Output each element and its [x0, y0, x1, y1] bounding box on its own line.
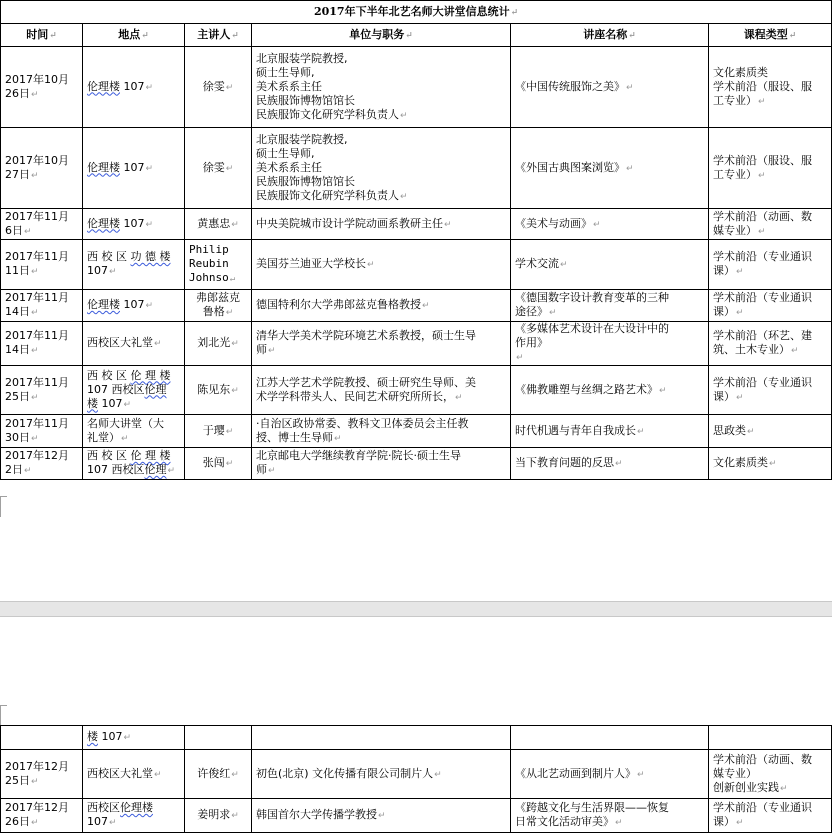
speaker-text: 刘北光	[197, 336, 230, 349]
paragraph-mark-icon: ↵	[31, 267, 39, 277]
paragraph-mark-icon: ↵	[231, 386, 239, 396]
org-text: 德国特利尔大学弗郎兹克鲁格教授	[256, 298, 421, 311]
cell-lecture[interactable]: 《佛教雕塑与丝绸之路艺术》↵	[511, 366, 709, 415]
paragraph-mark-icon: ↵	[560, 260, 568, 270]
cell-lecture[interactable]: 《美术与动画》↵	[511, 209, 709, 240]
date-text: 2017年12月	[5, 760, 78, 774]
cell-date[interactable]: 2017年11月25日↵	[1, 366, 83, 415]
paragraph-mark-icon: ↵	[121, 434, 129, 444]
document-page-2: 楼 107↵2017年12月25日↵西校区大礼堂↵许俊红↵初色(北京) 文化传播…	[0, 617, 832, 834]
cell-place[interactable]: 西 校 区 伦 理 楼107 西校区伦理↵	[83, 448, 185, 480]
place-text: 西 校 区 伦 理 楼	[87, 369, 180, 383]
cell-date[interactable]: 2017年11月11日↵	[1, 240, 83, 290]
paragraph-mark-icon: ↵	[231, 770, 239, 780]
paragraph-mark-icon: ↵	[422, 301, 430, 311]
cell-place[interactable]: 楼 107↵	[83, 726, 185, 750]
paragraph-mark-icon: ↵	[109, 267, 117, 277]
type-text: 学术前沿（服设、服	[713, 154, 827, 168]
cell-type[interactable]: 学术前沿（专业通识课）↵	[709, 799, 832, 833]
speaker-text: Johnso	[189, 271, 229, 284]
cell-speaker[interactable]: 黄惠忠↵	[185, 209, 252, 240]
paragraph-mark-icon: ↵	[31, 171, 39, 181]
cell-org[interactable]: 北京邮电大学继续教育学院·院长·硕士生导师↵	[252, 448, 511, 480]
paragraph-mark-icon: ↵	[31, 434, 39, 444]
cell-org[interactable]: 清华大学美术学院环境艺术系教授，硕士生导师↵	[252, 322, 511, 366]
type-text: 课）	[713, 305, 735, 318]
date-text: 6日	[5, 224, 23, 237]
header-date: 时间↵	[1, 24, 83, 47]
cell-date[interactable]	[1, 726, 83, 750]
type-text: 筑、土木专业）	[713, 343, 790, 356]
cell-date[interactable]: 2017年11月30日↵	[1, 415, 83, 448]
cell-place[interactable]: 西 校 区 伦 理 楼107 西校区伦理楼 107↵	[83, 366, 185, 415]
place-text: 西校区大礼堂	[87, 767, 153, 780]
cell-org[interactable]: ·自治区政协常委、教科文卫体委员会主任教授、博士生导师↵	[252, 415, 511, 448]
table-title: 2017年下半年北艺名师大讲堂信息统计↵	[1, 1, 832, 24]
date-text: 2017年11月	[5, 329, 78, 343]
paragraph-mark-icon: ↵	[168, 466, 176, 476]
paragraph-mark-icon: ↵	[367, 260, 375, 270]
cell-type[interactable]: 学术前沿（专业通识课）↵	[709, 290, 832, 322]
paragraph-mark-icon: ↵	[549, 308, 557, 318]
paragraph-mark-icon: ↵	[615, 459, 623, 469]
date-text: 2日	[5, 463, 23, 476]
paragraph-mark-icon: ↵	[31, 90, 39, 100]
paragraph-mark-icon: ↵	[400, 111, 408, 121]
paragraph-mark-icon: ↵	[24, 227, 32, 237]
paragraph-mark-icon: ↵	[736, 393, 744, 403]
org-text: 北京服装学院教授,	[256, 133, 506, 147]
cell-org[interactable]: 德国特利尔大学弗郎兹克鲁格教授↵	[252, 290, 511, 322]
type-text: 学术前沿（专业通识	[713, 376, 827, 390]
cell-speaker[interactable]: 徐雯↵	[185, 47, 252, 128]
cell-speaker[interactable]: PhilipReubinJohnso↵	[185, 240, 252, 290]
cell-speaker[interactable]: 姜明求↵	[185, 799, 252, 833]
paragraph-mark-icon: ↵	[124, 733, 132, 743]
org-text: 民族服饰文化研究学科负责人	[256, 189, 399, 202]
speaker-text: 徐雯	[203, 80, 225, 93]
cell-place[interactable]: 西校区伦理楼107↵	[83, 799, 185, 833]
type-text: 学术前沿（动画、数	[713, 753, 827, 767]
paragraph-mark	[0, 705, 7, 726]
cell-org[interactable]: 江苏大学艺术学院教授、硕士研究生导师、美术学学科带头人、民间艺术研究所所长，↵	[252, 366, 511, 415]
date-text: 2017年11月	[5, 291, 78, 305]
org-text: 硕士生导师,	[256, 147, 506, 161]
org-text: 民族服饰文化研究学科负责人	[256, 108, 399, 121]
paragraph-mark-icon: ↵	[31, 346, 39, 356]
table-row: 楼 107↵	[1, 726, 832, 750]
paragraph-mark-icon: ↵	[31, 308, 39, 318]
paragraph-mark-icon: ↵	[747, 427, 755, 437]
header-place: 地点↵	[83, 24, 185, 47]
date-text: 2017年12月	[5, 801, 78, 815]
paragraph-mark-icon: ↵	[124, 400, 132, 410]
speaker-text: Philip	[189, 243, 247, 257]
cell-lecture[interactable]: 《从北艺动画到制片人》↵	[511, 750, 709, 799]
cell-speaker[interactable]: 于璎↵	[185, 415, 252, 448]
cell-lecture[interactable]: 当下教育问题的反思↵	[511, 448, 709, 480]
cell-date[interactable]: 2017年11月6日↵	[1, 209, 83, 240]
cell-type[interactable]: 文化素质类学术前沿（服设、服工专业）↵	[709, 47, 832, 128]
table-row: 2017年12月25日↵西校区大礼堂↵许俊红↵初色(北京) 文化传播有限公司制片…	[1, 750, 832, 799]
paragraph-mark-icon: ↵	[226, 427, 234, 437]
type-text: 学术前沿（专业通识	[713, 250, 827, 264]
lecture-text: 《佛教雕塑与丝绸之路艺术》	[515, 383, 658, 396]
lecture-text: 作用》	[515, 336, 704, 350]
table-row: 2017年11月30日↵名师大讲堂（大礼堂）↵于璎↵·自治区政协常委、教科文卫体…	[1, 415, 832, 448]
type-text: 学术前沿（专业通识	[713, 291, 827, 305]
speaker-text: 黄惠忠	[197, 217, 230, 230]
table-row: 2017年11月11日↵西 校 区 功 德 楼107↵PhilipReubinJ…	[1, 240, 832, 290]
cell-org[interactable]: 初色(北京) 文化传播有限公司制片人↵	[252, 750, 511, 799]
place-text: 西 校 区 功 德 楼	[87, 250, 180, 264]
cell-speaker[interactable]: 许俊红↵	[185, 750, 252, 799]
lecture-text: 当下教育问题的反思	[515, 456, 614, 469]
cell-date[interactable]: 2017年11月14日↵	[1, 290, 83, 322]
paragraph-mark-icon: ↵	[146, 220, 154, 230]
place-text: 107	[87, 264, 108, 277]
date-text: 26日	[5, 87, 30, 100]
speaker-text: 徐雯	[203, 161, 225, 174]
paragraph-mark-icon: ↵	[378, 811, 386, 821]
header-org: 单位与职务↵	[252, 24, 511, 47]
place-text: 西校区大礼堂	[87, 336, 153, 349]
cell-date[interactable]: 2017年12月26日↵	[1, 799, 83, 833]
date-text: 14日	[5, 305, 30, 318]
cell-type[interactable]: 学术前沿（动画、数媒专业）↵	[709, 209, 832, 240]
table-row: 2017年12月26日↵西校区伦理楼107↵姜明求↵韩国首尔大学传播学教授↵《跨…	[1, 799, 832, 833]
org-text: 美国芬兰迪亚大学校长	[256, 257, 366, 270]
date-text: 25日	[5, 390, 30, 403]
lecture-table: 2017年下半年北艺名师大讲堂信息统计↵ 时间↵ 地点↵ 主讲人↵ 单位与职务↵…	[0, 0, 832, 480]
paragraph-mark-icon: ↵	[154, 339, 162, 349]
paragraph-mark-icon: ↵	[226, 164, 234, 174]
org-text: 硕士生导师,	[256, 66, 506, 80]
type-text: 工专业）	[713, 168, 757, 181]
speaker-text: 弗郎兹克	[189, 291, 247, 305]
speaker-text: 于璎	[203, 424, 225, 437]
header-speaker: 主讲人↵	[185, 24, 252, 47]
cell-speaker[interactable]: 陈见东↵	[185, 366, 252, 415]
org-text: 术学学科带头人、民间艺术研究所所长，	[256, 390, 454, 403]
paragraph-mark-icon: ↵	[637, 770, 645, 780]
cell-type[interactable]: 学术前沿（动画、数媒专业）创新创业实践↵	[709, 750, 832, 799]
org-text: 江苏大学艺术学院教授、硕士研究生导师、美	[256, 376, 506, 390]
lecture-text: 《中国传统服饰之美》	[515, 80, 625, 93]
type-text: 课）	[713, 815, 735, 828]
org-text: 师	[256, 463, 267, 476]
place-text: 楼 107	[87, 730, 123, 743]
document-page-1: 2017年下半年北艺名师大讲堂信息统计↵ 时间↵ 地点↵ 主讲人↵ 单位与职务↵…	[0, 0, 832, 601]
paragraph-mark-icon: ↵	[226, 83, 234, 93]
type-text: 创新创业实践	[713, 781, 779, 794]
lecture-text: 《跨越文化与生活界限——恢复	[515, 801, 704, 815]
lecture-text: 日常文化活动审美》	[515, 815, 614, 828]
cell-date[interactable]: 2017年10月27日↵	[1, 128, 83, 209]
speaker-text: 张闯	[203, 456, 225, 469]
paragraph-mark-icon: ↵	[400, 192, 408, 202]
date-text: 2017年10月	[5, 154, 78, 168]
speaker-text: Reubin	[189, 257, 247, 271]
speaker-text: 姜明求	[197, 808, 230, 821]
cell-place[interactable]: 伦理楼 107↵	[83, 290, 185, 322]
table-row: 2017年11月14日↵伦理楼 107↵弗郎兹克鲁格↵德国特利尔大学弗郎兹克鲁格…	[1, 290, 832, 322]
paragraph-mark-icon: ↵	[615, 818, 623, 828]
place-text: 西 校 区 伦 理 楼	[87, 449, 180, 463]
cell-speaker[interactable]	[185, 726, 252, 750]
cell-lecture[interactable]: 《德国数字设计教育变革的三种途径》↵	[511, 290, 709, 322]
org-text: 师	[256, 343, 267, 356]
cell-org[interactable]: 美国芬兰迪亚大学校长↵	[252, 240, 511, 290]
paragraph-mark-icon: ↵	[109, 818, 117, 828]
table-row: 2017年11月6日↵伦理楼 107↵黄惠忠↵中央美院城市设计学院动画系教研主任…	[1, 209, 832, 240]
cell-org[interactable]: 韩国首尔大学传播学教授↵	[252, 799, 511, 833]
type-text: 课）	[713, 264, 735, 277]
cell-org[interactable]: 北京服装学院教授,硕士生导师,美术系系主任民族服饰博物馆馆长民族服饰文化研究学科…	[252, 128, 511, 209]
title-text: 2017年下半年北艺名师大讲堂信息统计	[314, 5, 510, 18]
org-text: 授、博士生导师	[256, 431, 333, 444]
table-row: 2017年11月14日↵西校区大礼堂↵刘北光↵清华大学美术学院环境艺术系教授，硕…	[1, 322, 832, 366]
type-text: 工专业）	[713, 94, 757, 107]
cell-type[interactable]: 学术前沿（专业通识课）↵	[709, 240, 832, 290]
paragraph-mark-icon: ↵	[231, 811, 239, 821]
place-text: 礼堂）	[87, 431, 120, 444]
cell-date[interactable]: 2017年11月14日↵	[1, 322, 83, 366]
table-row: 2017年10月27日↵伦理楼 107↵徐雯↵北京服装学院教授,硕士生导师,美术…	[1, 128, 832, 209]
date-text: 2017年12月	[5, 449, 78, 463]
type-text: 文化素质类	[713, 66, 827, 80]
paragraph-mark-icon: ↵	[268, 466, 276, 476]
lecture-text: 《美术与动画》	[515, 217, 592, 230]
cell-place[interactable]: 伦理楼 107↵	[83, 47, 185, 128]
type-text: 文化素质类	[713, 456, 768, 469]
type-text: 学术前沿（专业通识	[713, 801, 827, 815]
cell-lecture[interactable]: 《跨越文化与生活界限——恢复日常文化活动审美》↵	[511, 799, 709, 833]
type-text: 媒专业）	[713, 767, 827, 781]
paragraph-mark-icon: ↵	[736, 308, 744, 318]
type-text: 媒专业）	[713, 224, 757, 237]
place-text: 伦理楼 107	[87, 80, 145, 93]
paragraph-mark-icon: ↵	[154, 770, 162, 780]
lecture-text: 时代机遇与青年自我成长	[515, 424, 636, 437]
type-text: 学术前沿（环艺、建	[713, 329, 827, 343]
date-text: 2017年10月	[5, 73, 78, 87]
cell-date[interactable]: 2017年10月26日↵	[1, 47, 83, 128]
header-type: 课程类型↵	[709, 24, 832, 47]
paragraph-mark-icon: ↵	[593, 220, 601, 230]
cell-place[interactable]: 西校区大礼堂↵	[83, 750, 185, 799]
cell-type[interactable]: 学术前沿（环艺、建筑、土木专业）↵	[709, 322, 832, 366]
date-text: 30日	[5, 431, 30, 444]
page-break	[0, 601, 832, 617]
cell-speaker[interactable]: 徐雯↵	[185, 128, 252, 209]
org-text: 民族服饰博物馆馆长	[256, 94, 506, 108]
table-row: 2017年12月2日↵西 校 区 伦 理 楼107 西校区伦理↵张闯↵北京邮电大…	[1, 448, 832, 480]
type-text: 学术前沿（动画、数	[713, 210, 827, 224]
org-text: 美术系系主任	[256, 161, 506, 175]
header-row: 时间↵ 地点↵ 主讲人↵ 单位与职务↵ 讲座名称↵ 课程类型↵	[1, 24, 832, 47]
paragraph-mark-icon: ↵	[334, 434, 342, 444]
org-text: 美术系系主任	[256, 80, 506, 94]
paragraph-mark-icon: ↵	[31, 818, 39, 828]
paragraph-mark-icon: ↵	[736, 267, 744, 277]
lecture-text: 《外国古典图案浏览》	[515, 161, 625, 174]
table-row: 2017年11月25日↵西 校 区 伦 理 楼107 西校区伦理楼 107↵陈见…	[1, 366, 832, 415]
table-row: 2017年10月26日↵伦理楼 107↵徐雯↵北京服装学院教授,硕士生导师,美术…	[1, 47, 832, 128]
cell-place[interactable]: 西校区大礼堂↵	[83, 322, 185, 366]
cell-lecture[interactable]	[511, 726, 709, 750]
cell-place[interactable]: 伦理楼 107↵	[83, 209, 185, 240]
cell-type[interactable]	[709, 726, 832, 750]
paragraph-mark-icon: ↵	[268, 346, 276, 356]
speaker-text: 许俊红	[197, 767, 230, 780]
date-text: 25日	[5, 774, 30, 787]
paragraph-mark-icon: ↵	[780, 784, 788, 794]
place-text: 名师大讲堂（大	[87, 417, 180, 431]
lecture-text: 《多媒体艺术设计在大设计中的	[515, 322, 704, 336]
date-text: 2017年11月	[5, 417, 78, 431]
date-text: 2017年11月	[5, 376, 78, 390]
paragraph-mark-icon: ↵	[758, 227, 766, 237]
cell-date[interactable]: 2017年12月25日↵	[1, 750, 83, 799]
cell-speaker[interactable]: 刘北光↵	[185, 322, 252, 366]
paragraph-mark-icon: ↵	[31, 393, 39, 403]
paragraph-mark-icon: ↵	[626, 83, 634, 93]
place-text: 107 西校区伦理	[87, 383, 180, 397]
paragraph-mark-icon: ↵	[769, 459, 777, 469]
paragraph-mark-icon: ↵	[226, 308, 234, 318]
paragraph-mark-icon: ↵	[146, 83, 154, 93]
date-text: 2017年11月	[5, 250, 78, 264]
cell-type[interactable]: 思政类↵	[709, 415, 832, 448]
date-text: 14日	[5, 343, 30, 356]
paragraph-mark-icon: ↵	[758, 171, 766, 181]
org-text: ·自治区政协常委、教科文卫体委员会主任教	[256, 417, 506, 431]
paragraph-mark-icon: ↵	[659, 386, 667, 396]
lecture-table-continued: 楼 107↵2017年12月25日↵西校区大礼堂↵许俊红↵初色(北京) 文化传播…	[0, 725, 832, 833]
cell-place[interactable]: 伦理楼 107↵	[83, 128, 185, 209]
org-text: 中央美院城市设计学院动画系教研主任	[256, 217, 443, 230]
date-text: 11日	[5, 264, 30, 277]
org-text: 清华大学美术学院环境艺术系教授，硕士生导	[256, 329, 506, 343]
paragraph-mark-icon: ↵	[791, 346, 799, 356]
cell-type[interactable]: 文化素质类↵	[709, 448, 832, 480]
cell-lecture[interactable]: 《中国传统服饰之美》↵	[511, 47, 709, 128]
paragraph-mark-icon: ↵	[637, 427, 645, 437]
org-text: 民族服饰博物馆馆长	[256, 175, 506, 189]
cell-speaker[interactable]: 弗郎兹克鲁格↵	[185, 290, 252, 322]
place-text: 107 西校区伦理	[87, 463, 167, 476]
paragraph-mark	[0, 496, 7, 517]
cell-type[interactable]: 学术前沿（专业通识课）↵	[709, 366, 832, 415]
date-text: 27日	[5, 168, 30, 181]
header-lecture: 讲座名称↵	[511, 24, 709, 47]
lecture-text: 途径》	[515, 305, 548, 318]
cell-org[interactable]: 中央美院城市设计学院动画系教研主任↵	[252, 209, 511, 240]
org-text: 北京邮电大学继续教育学院·院长·硕士生导	[256, 449, 506, 463]
cell-speaker[interactable]: 张闯↵	[185, 448, 252, 480]
paragraph-mark-icon: ↵	[146, 301, 154, 311]
speaker-text: 鲁格	[203, 305, 225, 318]
cell-lecture[interactable]: 《多媒体艺术设计在大设计中的作用》↵	[511, 322, 709, 366]
paragraph-mark-icon: ↵	[31, 777, 39, 787]
place-text: 西校区伦理楼	[87, 801, 180, 815]
org-text: 北京服装学院教授,	[256, 52, 506, 66]
paragraph-mark-icon: ↵	[736, 818, 744, 828]
cell-org[interactable]	[252, 726, 511, 750]
paragraph-mark-icon: ↵	[231, 220, 239, 230]
lecture-text: 学术交流	[515, 257, 559, 270]
type-text: 学术前沿（服设、服	[713, 80, 827, 94]
lecture-text: 《德国数字设计教育变革的三种	[515, 291, 704, 305]
place-text: 107	[87, 815, 108, 828]
paragraph-mark-icon: ↵	[758, 97, 766, 107]
cell-place[interactable]: 西 校 区 功 德 楼107↵	[83, 240, 185, 290]
paragraph-mark-icon: ↵	[455, 393, 463, 403]
paragraph-mark-icon: ↵	[626, 164, 634, 174]
paragraph-mark-icon: ↵	[516, 353, 524, 363]
lecture-text: 《从北艺动画到制片人》	[515, 767, 636, 780]
org-text: 初色(北京) 文化传播有限公司制片人	[256, 767, 433, 780]
place-text: 伦理楼 107	[87, 161, 145, 174]
paragraph-mark-icon: ↵	[146, 164, 154, 174]
speaker-text: 陈见东	[197, 383, 230, 396]
place-text: 伦理楼 107	[87, 298, 145, 311]
cell-lecture[interactable]: 时代机遇与青年自我成长↵	[511, 415, 709, 448]
cell-place[interactable]: 名师大讲堂（大礼堂）↵	[83, 415, 185, 448]
paragraph-mark-icon: ↵	[434, 770, 442, 780]
paragraph-mark-icon: ↵	[231, 339, 239, 349]
paragraph-mark-icon: ↵	[226, 459, 234, 469]
cell-lecture[interactable]: 学术交流↵	[511, 240, 709, 290]
date-text: 2017年11月	[5, 210, 78, 224]
cell-type[interactable]: 学术前沿（服设、服工专业）↵	[709, 128, 832, 209]
date-text: 26日	[5, 815, 30, 828]
cell-lecture[interactable]: 《外国古典图案浏览》↵	[511, 128, 709, 209]
type-text: 课）	[713, 390, 735, 403]
place-text: 楼 107	[87, 397, 123, 410]
type-text: 思政类	[713, 424, 746, 437]
cell-date[interactable]: 2017年12月2日↵	[1, 448, 83, 480]
paragraph-mark-icon: ↵	[24, 466, 32, 476]
paragraph-mark-icon: ↵	[444, 220, 452, 230]
org-text: 韩国首尔大学传播学教授	[256, 808, 377, 821]
cell-org[interactable]: 北京服装学院教授,硕士生导师,美术系系主任民族服饰博物馆馆长民族服饰文化研究学科…	[252, 47, 511, 128]
place-text: 伦理楼 107	[87, 217, 145, 230]
paragraph-mark-icon: ↵	[230, 274, 235, 284]
